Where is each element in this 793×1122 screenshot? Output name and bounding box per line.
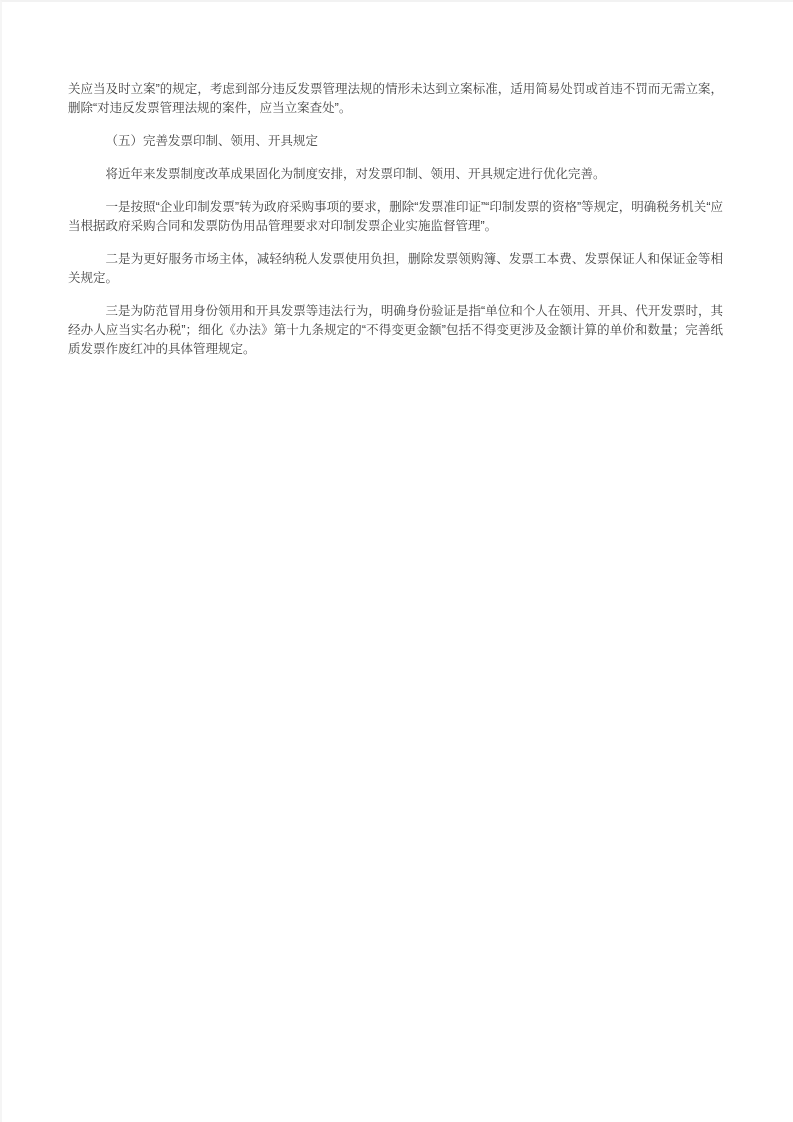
paragraph: 二是为更好服务市场主体，减轻纳税人发票使用负担，删除发票领购簿、发票工本费、发票… (68, 250, 723, 288)
paragraph-continuation: 关应当及时立案”的规定，考虑到部分违反发票管理法规的情形未达到立案标准，适用简易… (68, 80, 723, 118)
paragraph: 一是按照“企业印制发票”转为政府采购事项的要求，删除“发票准印证”“印制发票的资… (68, 198, 723, 236)
document-page: 关应当及时立案”的规定，考虑到部分违反发票管理法规的情形未达到立案标准，适用简易… (0, 0, 793, 1122)
paragraph: 将近年来发票制度改革成果固化为制度安排，对发票印制、领用、开具规定进行优化完善。 (68, 165, 723, 184)
document-text-block: 关应当及时立案”的规定，考虑到部分违反发票管理法规的情形未达到立案标准，适用简易… (2, 2, 793, 359)
section-heading: （五）完善发票印制、领用、开具规定 (68, 132, 723, 151)
paragraph: 三是为防范冒用身份领用和开具发票等违法行为，明确身份验证是指“单位和个人在领用、… (68, 302, 723, 359)
